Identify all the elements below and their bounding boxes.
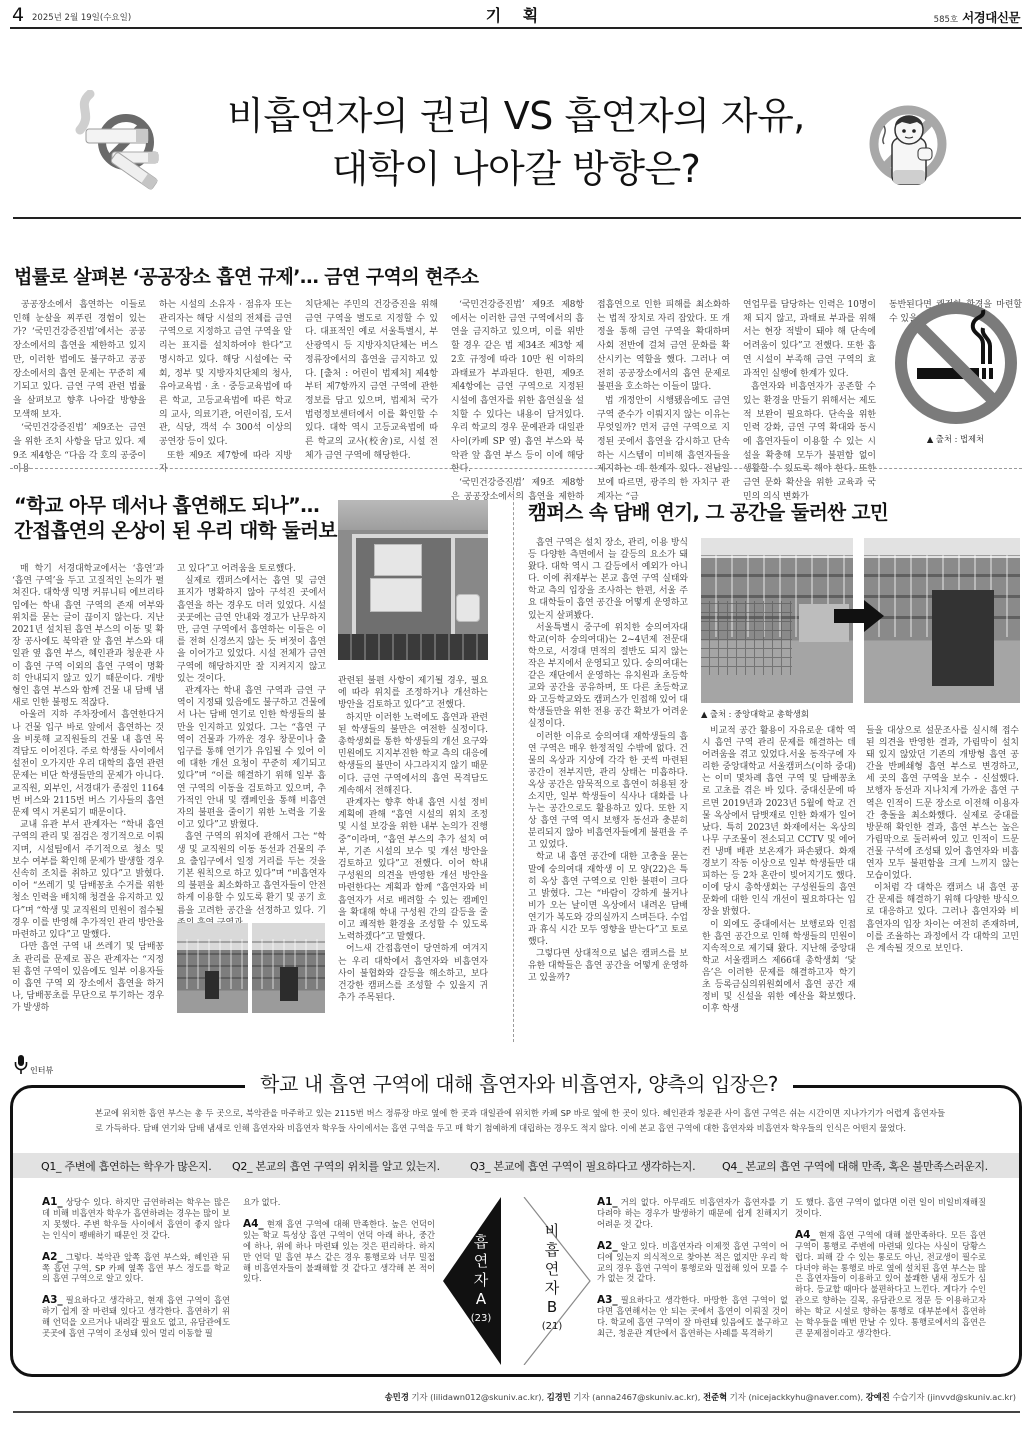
reporter-email: (anna2467@skuniv.ac.kr) xyxy=(592,1392,698,1402)
smoker-answer-3: A3_필요하다고 생각하고, 현재 흡연 구역이 흡연하기 쉽게 잘 마련돼 있… xyxy=(42,1295,230,1339)
paragraph: 법 개정안이 시행됐음에도 금연 구역 준수가 이뤄지지 않는 이유는 무엇일까… xyxy=(597,395,730,505)
masthead: 585호서경대신문 xyxy=(934,8,1020,26)
paragraph: 관계자는 학내 흡연 구역과 금연 구역이 지정돼 있음에도 불구하고 건물에서… xyxy=(177,685,326,831)
article-law-column-2: 하는 시설의 소유자 · 점유자 또는 관리자는 해당 시설의 전체를 금연 구… xyxy=(159,299,292,477)
reporter-name: 전준혁 xyxy=(703,1392,727,1402)
paragraph: 관련된 불편 사항이 제기될 경우, 필요에 따라 위치를 조정하거나 개선하는… xyxy=(338,675,488,712)
answer-label: A1_ xyxy=(42,1196,63,1208)
answer-text: 필요하다고 생각한다. 마땅한 흡연 구역이 없다면 흡연해서는 안 되는 곳에… xyxy=(597,1295,788,1338)
paragraph: 매 학기 서경대학교에서는 ‘흡연’과 ‘흡연 구역’을 두고 고질적인 논의가… xyxy=(12,563,164,709)
smoker-label-char: 자 xyxy=(474,1271,489,1290)
smoker-answer-3-continued: 요가 없다. xyxy=(243,1197,435,1208)
no-smoking-cartoon-icon xyxy=(862,98,954,193)
interview-intro: 본교에 위치한 흡연 부스는 총 두 곳으로, 북악관을 마주하고 있는 211… xyxy=(95,1106,945,1136)
article-campus-headline-line-1: “학교 아무 데서나 흡연해도 되나”… xyxy=(14,493,355,518)
article-others-column-2: 비교적 공간 활용이 자유로운 대학 역시 흡연 구역 관리 문제를 해결하는 … xyxy=(702,725,856,1015)
answer-text: 현재 흡연 구역에 대해 만족한다. 높은 언덕이 있는 학교 특성상 흡연 구… xyxy=(243,1219,435,1284)
reporter-name: 강예진 xyxy=(866,1392,890,1402)
answer-text: 그렇다. 북악관 앞쪽 흡연 부스와, 혜인관 뒤쪽 흡연 구역, SP 카페 … xyxy=(42,1252,230,1284)
paragraph: 다만 흡연 구역 내 쓰레기 및 담배꽁초 관리를 문제로 꼽은 관계자는 “지… xyxy=(12,941,164,1014)
column-divider xyxy=(513,482,514,1042)
article-law-column-6: 연업무를 담당하는 인력은 10명이 채 되지 않고, 과태료 부과를 위해서는… xyxy=(743,299,876,505)
reporter-role: 기자 xyxy=(411,1392,427,1402)
answer-label: A4_ xyxy=(243,1218,264,1230)
question-2: Q2_ 본교의 흡연 구역의 위치를 알고 있는지. xyxy=(232,1158,440,1174)
answer-label: A2_ xyxy=(597,1240,618,1252)
non-smoker-label-char: 자 xyxy=(545,1279,560,1298)
paragraph: 하는 시설의 소유자 · 점유자 또는 관리자는 해당 시설의 전체를 금연 구… xyxy=(159,299,292,450)
answer-text: 알고 있다. 비흡연자라 이제껏 흡연 구역이 어디에 있는지 의식적으로 찾아… xyxy=(597,1241,788,1284)
article-campus-headline: “학교 아무 데서나 흡연해도 되나”… 간접흡연의 온상이 된 우리 대학 둘… xyxy=(14,493,355,543)
banner-rule xyxy=(13,217,1021,219)
article-others-column-1: 흡연 구역은 설치 장소, 관리, 이용 방식 등 다양한 측면에서 늘 갈등의… xyxy=(528,537,688,984)
paragraph: 흡연자와 비흡연자가 공존할 수 있는 환경을 만들기 위해서는 제도적 보완이… xyxy=(743,381,876,504)
smoker-answer-1: A1_상당수 있다. 하지만 금연하려는 학우는 많은 데 비해 비흡연자 학우… xyxy=(42,1197,230,1241)
answer-text: 거의 없다. 아무래도 비흡연자가 흡연자를 기다려야 하는 경우가 발생하기 … xyxy=(597,1197,788,1229)
paragraph: 하지만 이러한 노력에도 흡연과 관련된 학생들의 불만은 여전한 실정이다. … xyxy=(338,712,488,797)
paragraph: 이러한 이유로 숭의여대 재학생들의 흡연 구역은 매우 한정적일 수밖에 없다… xyxy=(528,731,688,852)
answer-label: A3_ xyxy=(42,1294,63,1306)
smoker-answers-column-2: 요가 없다. A4_현재 흡연 구역에 대해 만족한다. 높은 언덕이 있는 학… xyxy=(243,1197,435,1295)
non-smoker-answer-3: A3_필요하다고 생각한다. 마땅한 흡연 구역이 없다면 흡연해서는 안 되는… xyxy=(597,1295,788,1339)
article-campus-column-1: 매 학기 서경대학교에서는 ‘흡연’과 ‘흡연 구역’을 두고 고질적인 논의가… xyxy=(12,563,164,1015)
answer-label: A4_ xyxy=(795,1229,816,1241)
question-4: Q4_ 본교의 흡연 구역에 대해 만족, 혹은 불만족스러운지. xyxy=(722,1158,988,1174)
non-smoker-label: 비 흡 연 자 B (21) xyxy=(537,1222,567,1336)
paragraph: 접흡연으로 인한 피해를 최소화하는 법적 장치로 자리 잡았다. 또 개정을 … xyxy=(597,299,730,395)
question-1: Q1_ 주변에 흡연하는 학우가 많은지. xyxy=(41,1158,211,1174)
paragraph: 교내 유관 부서 관계자는 “학내 흡연 구역의 관리 및 점검은 정기적으로 … xyxy=(12,819,164,941)
photo-smoking-booth-front xyxy=(252,923,325,1013)
footer-rule xyxy=(13,1411,1020,1413)
smoker-answer-4: A4_현재 흡연 구역에 대해 만족한다. 높은 언덕이 있는 학교 특성상 흡… xyxy=(243,1219,435,1284)
newspaper-page: 4 2025년 2월 19일(수요일) 기 획 585호서경대신문 비흡연자의 … xyxy=(0,0,1032,1440)
microphone-icon xyxy=(14,1055,28,1075)
no-smoking-sign-caption: ▲ 출처 : 법제처 xyxy=(889,433,1022,445)
section-divider xyxy=(10,468,1022,469)
article-others-column-3: 들을 대상으로 설문조사를 실시해 접수된 의견을 반영한 결과, 가림막이 설… xyxy=(866,725,1019,955)
byline: 송민경 기자 (lilidawn012@skuniv.ac.kr), 김경민 기… xyxy=(385,1391,1016,1403)
header-rule xyxy=(10,27,1022,29)
answer-text: 현재 흡연 구역에 대해 불만족하다. 모든 흡연 구역이 통행로 주변에 마련… xyxy=(795,1230,986,1338)
non-smoker-answer-1: A1_거의 없다. 아무래도 비흡연자가 흡연자를 기다려야 하는 경우가 발생… xyxy=(597,1197,788,1230)
non-smoker-answers-column-1: A1_거의 없다. 아무래도 비흡연자가 흡연자를 기다려야 하는 경우가 발생… xyxy=(597,1197,788,1350)
paragraph: 이처럼 각 대학은 캠퍼스 내 흡연 공간 문제를 해결하기 위해 다양한 방식… xyxy=(866,882,1019,955)
reporter-role: 기자 xyxy=(730,1392,746,1402)
reporter-email: (lilidawn012@skuniv.ac.kr) xyxy=(430,1392,541,1402)
paragraph: 어느새 간접흡연이 당연하게 여겨지는 우리 대학에서 흡연자와 비흡연자 사이… xyxy=(338,943,488,1004)
paragraph: 치단체는 주민의 건강증진을 위해 금연 구역을 별도로 지정할 수 있다. 대… xyxy=(305,299,438,463)
paragraph: 공공장소에서 흡연하는 이들로 인해 눈살을 찌푸린 경험이 있는가? ‘국민건… xyxy=(13,299,146,422)
arrow-right-icon xyxy=(834,600,884,632)
paragraph: 흡연 구역의 위치에 관해서 그는 “학생 및 교직원의 이동 동선과 건물의 … xyxy=(177,831,326,929)
interview-title: 학교 내 흡연 구역에 대해 흡연자와 비흡연자, 양측의 입장은? xyxy=(245,1070,793,1098)
paragraph: 흡연 구역은 설치 장소, 관리, 이용 방식 등 다양한 측면에서 늘 갈등의… xyxy=(528,537,688,622)
reporter-email: (nicejackkyhu@naver.com) xyxy=(748,1392,860,1402)
article-law-headline: 법률로 살펴본 ‘공공장소 흡연 규제’… 금연 구역의 현주소 xyxy=(14,262,478,289)
article-law-column-3: 치단체는 주민의 건강증진을 위해 금연 구역을 별도로 지정할 수 있다. 대… xyxy=(305,299,438,463)
article-law-column-4: ‘국민건강증진법’ 제9조 제8항에서는 이러한 금연 구역에서의 흡연을 금지… xyxy=(451,299,584,518)
article-law-column-1: 공공장소에서 흡연하는 이들로 인해 눈살을 찌푸린 경험이 있는가? ‘국민건… xyxy=(13,299,146,477)
non-smoker-answers-column-2: 도 했다. 흡연 구역이 없다면 이런 일이 비일비재해질 것이다. A4_현재… xyxy=(795,1197,986,1350)
non-smoker-label-char: B xyxy=(547,1298,557,1317)
paragraph: 서울특별시 중구에 위치한 숭의여자대학교(이하 숭의여대)는 2~4년제 전문… xyxy=(528,622,688,731)
non-smoker-label-char: 연 xyxy=(545,1260,560,1279)
smoker-label-char: A xyxy=(476,1290,486,1309)
smoker-answers-column-1: A1_상당수 있다. 하지만 금연하려는 학우는 많은 데 비해 비흡연자 학우… xyxy=(42,1197,230,1350)
article-campus-column-2: 고 있다”고 어려움을 토로했다.실제로 캠퍼스에서는 흡연 및 금연 표지가 … xyxy=(177,563,326,929)
smoker-age: (23) xyxy=(471,1309,492,1328)
issue-number: 585호 xyxy=(934,15,958,25)
paragraph: 아울러 지하 주차장에서 흡연한다거나 건물 입구 바로 앞에서 흡연하는 것을… xyxy=(12,709,164,819)
reporter-role: 기자 xyxy=(573,1392,589,1402)
paragraph: ‘국민건강증진법’ 제9조 제8항에서는 이러한 금연 구역에서의 흡연을 금지… xyxy=(451,299,584,477)
paragraph: 비교적 공간 활용이 자유로운 대학 역시 흡연 구역 관리 문제를 해결하는 … xyxy=(702,725,856,919)
paragraph: 연업무를 담당하는 인력은 10명이 채 되지 않고, 과태료 부과를 위해서는… xyxy=(743,299,876,381)
section-title: 기 획 xyxy=(0,3,1032,26)
smoker-label: 흡 연 자 A (23) xyxy=(466,1233,496,1328)
non-smoker-answer-3-continued: 도 했다. 흡연 구역이 없다면 이런 일이 비일비재해질 것이다. xyxy=(795,1197,986,1219)
non-smoker-label-char: 비 xyxy=(545,1222,560,1241)
paragraph: 실제로 캠퍼스에서는 흡연 및 금연 표지가 명확하지 않아 구석진 곳에서 흡… xyxy=(177,575,326,685)
campus-photo-caption: ▲ 출처 : 중앙대학교 총학생회 xyxy=(701,708,809,720)
paragraph: 학교 내 흡연 공간에 대한 고충을 묻는 말에 숭의여대 재학생 이 모 양(… xyxy=(528,851,688,948)
reporter-name: 김경민 xyxy=(547,1392,571,1402)
photo-closed-smoking-booth-after xyxy=(864,538,1020,703)
paragraph: 그렇다면 상대적으로 넓은 캠퍼스를 보유한 대학들은 흡연 공간을 어떻게 운… xyxy=(528,948,688,984)
non-smoker-label-char: 흡 xyxy=(545,1241,560,1260)
question-3: Q3_ 본교에 흡연 구역이 필요하다고 생각하는지. xyxy=(470,1158,695,1174)
answer-label: A1_ xyxy=(597,1196,618,1208)
answer-label: A3_ xyxy=(597,1294,618,1306)
no-smoking-sign-icon xyxy=(893,300,1019,426)
non-smoker-age: (21) xyxy=(542,1317,563,1336)
interview-label: 인터뷰 xyxy=(30,1065,53,1076)
answer-text: 상당수 있다. 하지만 금연하려는 학우는 많은 데 비해 비흡연자 학우가 흡… xyxy=(42,1197,230,1240)
smoker-label-char: 연 xyxy=(474,1252,489,1271)
article-law-column-5: 접흡연으로 인한 피해를 최소화하는 법적 장치로 자리 잡았다. 또 개정을 … xyxy=(597,299,730,505)
reporter-role: 수습기자 xyxy=(892,1392,924,1402)
paragraph: 고 있다”고 어려움을 토로했다. xyxy=(177,563,326,575)
answer-text: 필요하다고 생각하고, 현재 흡연 구역이 흡연하기 쉽게 잘 마련돼 있다고 … xyxy=(42,1295,230,1338)
photo-window-no-smoking-notices xyxy=(338,500,488,660)
reporter-email: (jinvvd@skuniv.ac.kr) xyxy=(927,1392,1016,1402)
paragraph: 이 외에도 중대에서는 보행로와 인접한 흡연 공간으로 인해 학생들의 민원이… xyxy=(702,919,856,1016)
photo-open-smoking-area-before xyxy=(701,538,853,703)
answer-label: A2_ xyxy=(42,1251,63,1263)
article-campus-column-3: 관련된 불편 사항이 제기될 경우, 필요에 따라 위치를 조정하거나 개선하는… xyxy=(338,675,488,1004)
article-campus-headline-line-2: 간접흡연의 온상이 된 우리 대학 둘러보니 xyxy=(14,518,355,543)
paragraph: 들을 대상으로 설문조사를 실시해 접수된 의견을 반영한 결과, 가림막이 설… xyxy=(866,725,1019,882)
paragraph: 또한 제9조 제7항에 따라 지방자 xyxy=(159,450,292,477)
non-smoker-answer-2: A2_알고 있다. 비흡연자라 이제껏 흡연 구역이 어디에 있는지 의식적으로… xyxy=(597,1241,788,1285)
paper-name: 서경대신문 xyxy=(962,10,1020,25)
smoker-answer-2: A2_그렇다. 북악관 앞쪽 흡연 부스와, 혜인관 뒤쪽 흡연 구역, SP … xyxy=(42,1252,230,1285)
smoker-label-char: 흡 xyxy=(474,1233,489,1252)
reporter-name: 송민경 xyxy=(385,1392,409,1402)
paragraph: 관계자는 향후 학내 흡연 시설 정비 계획에 관해 “흡연 시설의 위치 조정… xyxy=(338,797,488,943)
photo-smoking-booth-exterior xyxy=(177,923,248,1013)
non-smoker-answer-4: A4_현재 흡연 구역에 대해 불만족하다. 모든 흡연 구역이 통행로 주변에… xyxy=(795,1230,986,1339)
article-others-headline: 캠퍼스 속 담배 연기, 그 공간을 둘러싼 고민 xyxy=(528,497,888,525)
